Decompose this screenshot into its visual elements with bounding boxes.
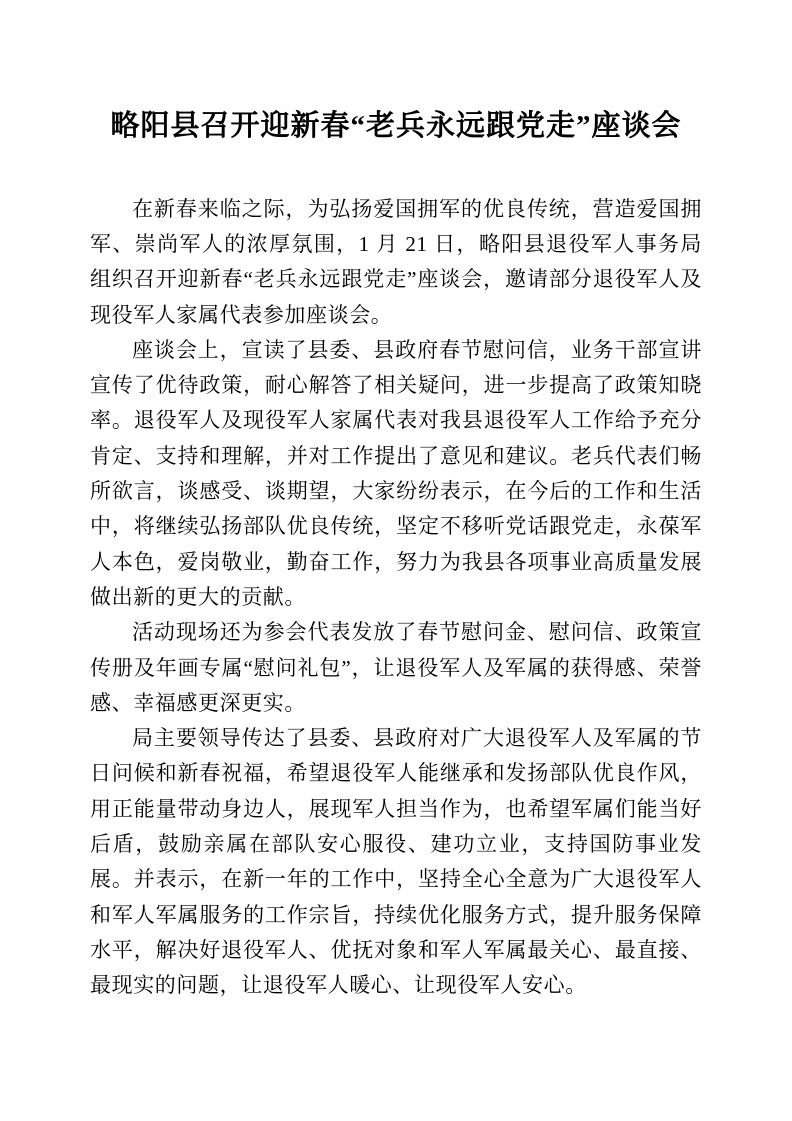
paragraph-4: 局主要领导传达了县委、县政府对广大退役军人及军属的节日问候和新春祝福，希望退役军…	[90, 721, 702, 1003]
document-page: 略阳县召开迎新春“老兵永远跟党走”座谈会 在新春来临之际，为弘扬爱国拥军的优良传…	[0, 0, 792, 1121]
paragraph-1: 在新春来临之际，为弘扬爱国拥军的优良传统，营造爱国拥军、崇尚军人的浓厚氛围，1 …	[90, 192, 702, 333]
document-body: 在新春来临之际，为弘扬爱国拥军的优良传统，营造爱国拥军、崇尚军人的浓厚氛围，1 …	[90, 192, 702, 1004]
paragraph-2: 座谈会上，宣读了县委、县政府春节慰问信，业务干部宣讲宣传了优待政策，耐心解答了相…	[90, 333, 702, 615]
document-title: 略阳县召开迎新春“老兵永远跟党走”座谈会	[90, 108, 702, 146]
paragraph-3: 活动现场还为参会代表发放了春节慰问金、慰问信、政策宣传册及年画专属“慰问礼包”，…	[90, 615, 702, 721]
